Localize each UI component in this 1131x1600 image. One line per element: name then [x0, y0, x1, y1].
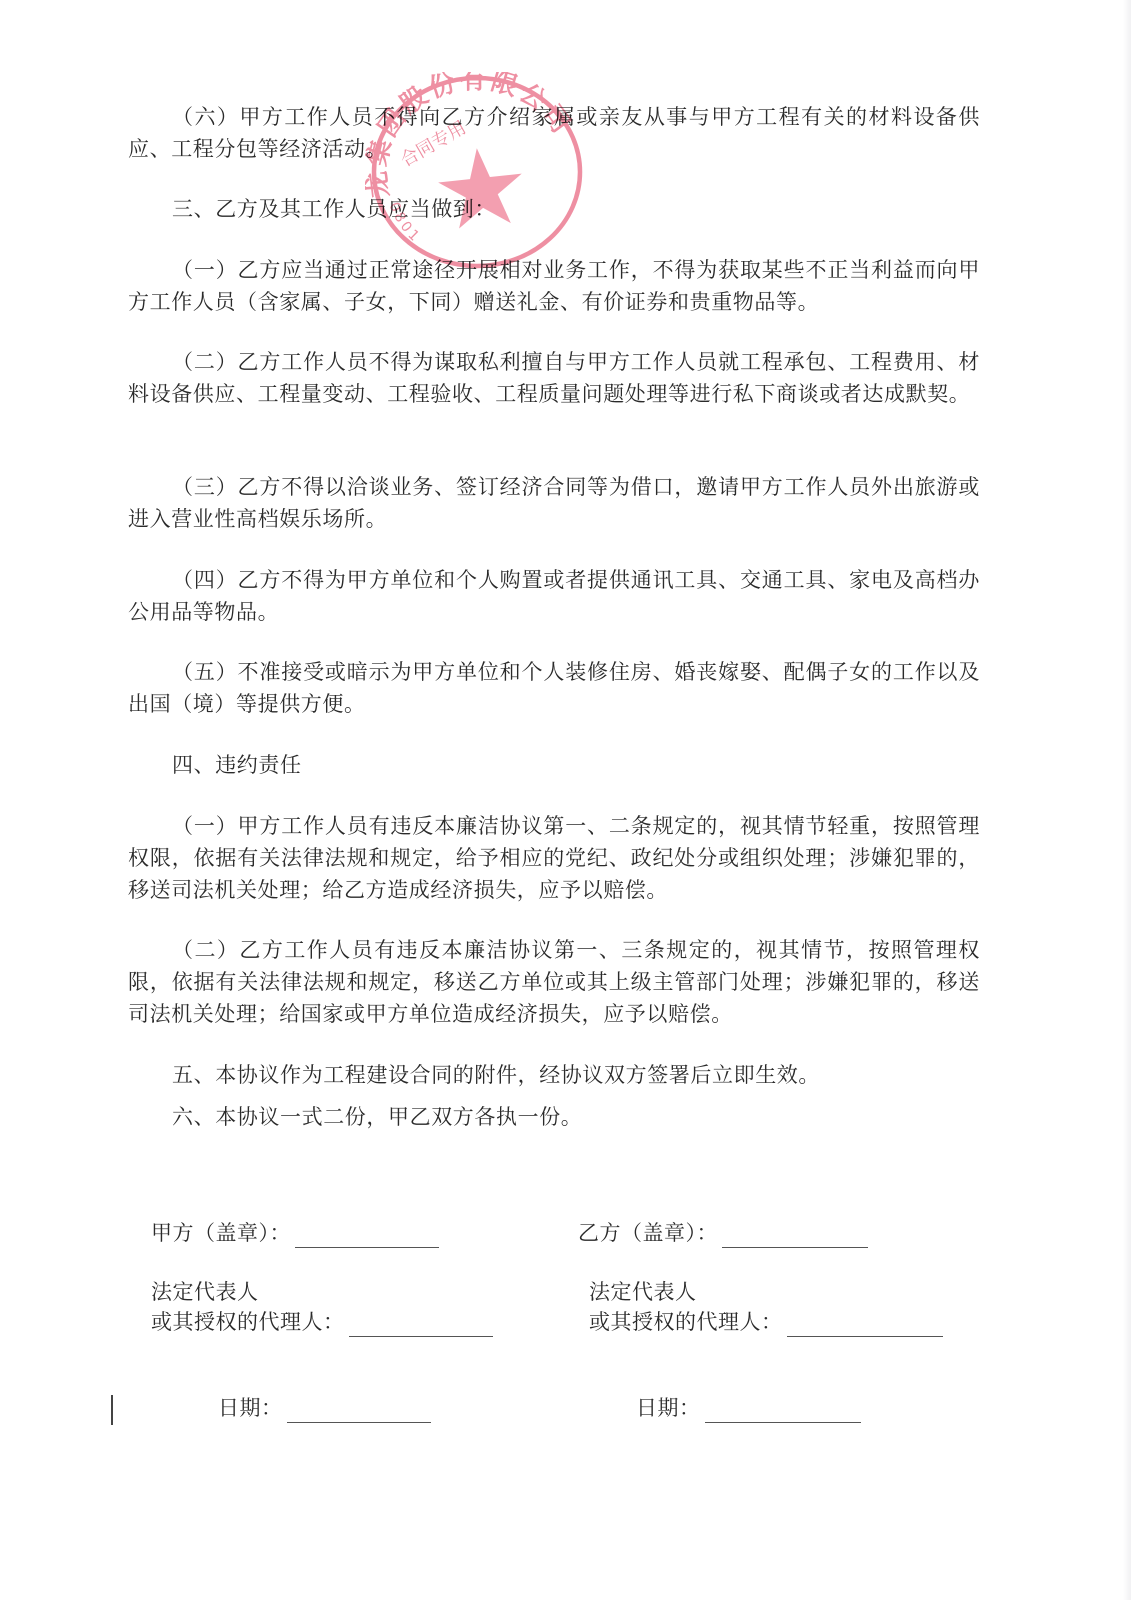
clause-3-6: （六）甲方工作人员不得向乙方介绍家属或亲友从事与甲方工程有关的材料设备供应、工程…	[128, 101, 980, 165]
clause-3-4: （四）乙方不得为甲方单位和个人购置或者提供通讯工具、交通工具、家电及高档办公用品…	[128, 564, 980, 628]
page-edge	[1123, 0, 1131, 1600]
party-b-date-label: 日期：	[636, 1396, 701, 1420]
party-b-date-blank[interactable]	[705, 1400, 861, 1423]
section-heading-6: 六、本协议一式二份，甲乙双方各执一份。	[172, 1101, 972, 1133]
party-b-rep-label-1: 法定代表人	[589, 1277, 697, 1307]
clause-3-5: （五）不准接受或暗示为甲方单位和个人装修住房、婚丧嫁娶、配偶子女的工作以及出国（…	[128, 656, 980, 720]
party-a-date-field: 日期：	[218, 1393, 431, 1423]
clause-3-1: （一）乙方应当通过正常途径开展相对业务工作，不得为获取某些不正当利益而向甲方工作…	[128, 254, 980, 318]
party-a-date-blank[interactable]	[287, 1400, 431, 1423]
section-heading-5: 五、本协议作为工程建设合同的附件，经协议双方签署后立即生效。	[172, 1059, 972, 1091]
party-b-date-field: 日期：	[636, 1393, 861, 1423]
party-b-seal-blank[interactable]	[722, 1225, 868, 1248]
party-a-seal-blank[interactable]	[295, 1225, 439, 1248]
party-a-date-label: 日期：	[218, 1396, 283, 1420]
clause-3-2: （二）乙方工作人员不得为谋取私利擅自与甲方工作人员就工程承包、工程费用、材料设备…	[128, 346, 980, 410]
section-heading-3: 三、乙方及其工作人员应当做到：	[172, 193, 972, 225]
party-b-rep-field: 或其授权的代理人：	[589, 1307, 943, 1337]
party-b-rep-label-2: 或其授权的代理人：	[589, 1310, 783, 1334]
party-b-seal-label: 乙方（盖章）：	[578, 1221, 718, 1245]
party-a-rep-label-2: 或其授权的代理人：	[151, 1310, 345, 1334]
party-a-seal-label: 甲方（盖章）：	[151, 1221, 291, 1245]
margin-mark	[111, 1395, 113, 1425]
clause-4-2: （二）乙方工作人员有违反本廉洁协议第一、三条规定的，视其情节，按照管理权限，依据…	[128, 934, 980, 1030]
party-a-rep-blank[interactable]	[349, 1314, 493, 1337]
clause-3-3: （三）乙方不得以洽谈业务、签订经济合同等为借口，邀请甲方工作人员外出旅游或进入营…	[128, 471, 980, 535]
party-b-rep-blank[interactable]	[787, 1314, 943, 1337]
party-a-rep-label-1: 法定代表人	[151, 1277, 259, 1307]
section-heading-4: 四、违约责任	[172, 749, 972, 781]
clause-4-1: （一）甲方工作人员有违反本廉洁协议第一、二条规定的，视其情节轻重，按照管理权限，…	[128, 810, 980, 906]
party-b-seal-field: 乙方（盖章）：	[578, 1218, 868, 1248]
party-a-rep-field: 或其授权的代理人：	[151, 1307, 493, 1337]
party-a-seal-field: 甲方（盖章）：	[151, 1218, 439, 1248]
